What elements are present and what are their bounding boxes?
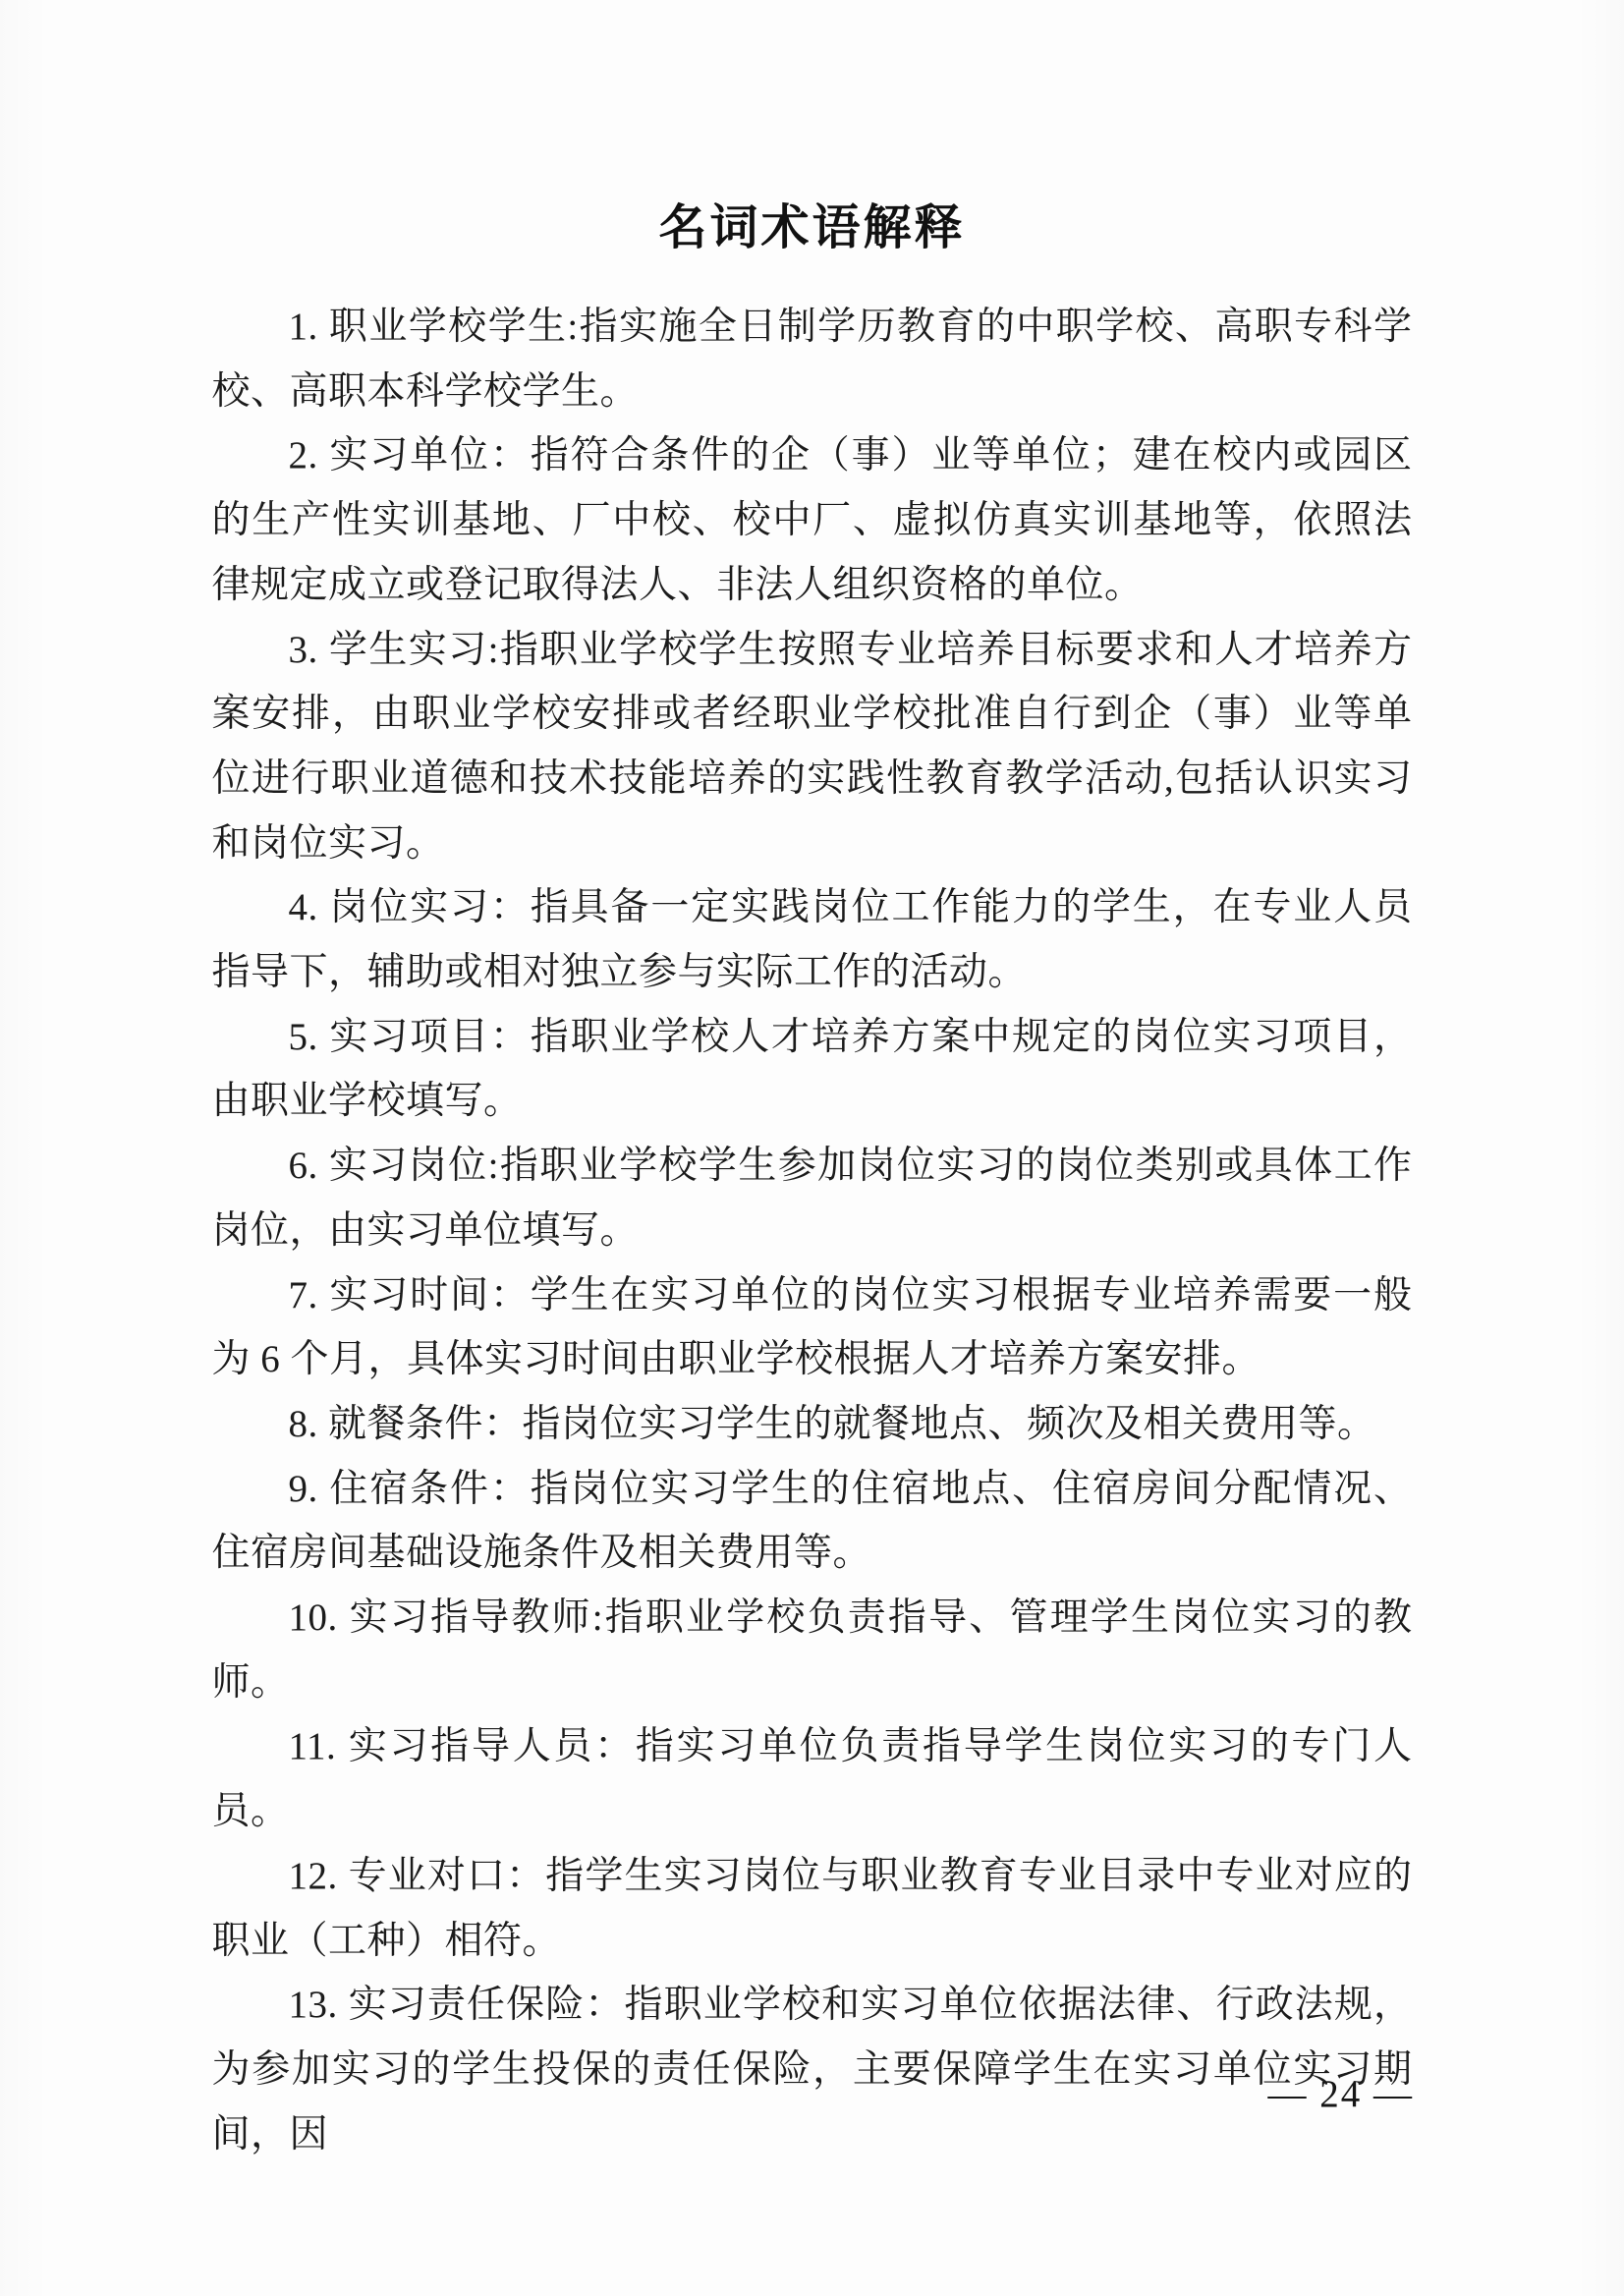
glossary-item-5: 5. 实习项目：指职业学校人才培养方案中规定的岗位实习项目，由职业学校填写。: [212, 1005, 1413, 1134]
glossary-item-10: 10. 实习指导教师:指职业学校负责指导、管理学生岗位实习的教师。: [212, 1586, 1413, 1714]
glossary-item-8: 8. 就餐条件：指岗位实习学生的就餐地点、频次及相关费用等。: [212, 1392, 1413, 1457]
glossary-item-9: 9. 住宿条件：指岗位实习学生的住宿地点、住宿房间分配情况、住宿房间基础设施条件…: [212, 1457, 1413, 1586]
document-page: 名词术语解释 1. 职业学校学生:指实施全日制学历教育的中职学校、高职专科学校、…: [0, 0, 1624, 2296]
glossary-item-2: 2. 实习单位：指符合条件的企（事）业等单位；建在校内或园区的生产性实训基地、厂…: [212, 423, 1413, 617]
glossary-item-12: 12. 专业对口：指学生实习岗位与职业教育专业目录中专业对应的职业（工种）相符。: [212, 1844, 1413, 1973]
glossary-item-7: 7. 实习时间：学生在实习单位的岗位实习根据专业培养需要一般为 6 个月，具体实…: [212, 1263, 1413, 1392]
glossary-body: 1. 职业学校学生:指实施全日制学历教育的中职学校、高职专科学校、高职本科学校学…: [212, 295, 1413, 2166]
glossary-item-11: 11. 实习指导人员：指实习单位负责指导学生岗位实习的专门人员。: [212, 1714, 1413, 1843]
glossary-item-13: 13. 实习责任保险：指职业学校和实习单位依据法律、行政法规，为参加实习的学生投…: [212, 1973, 1413, 2166]
page-number: — 24 —: [1268, 2072, 1415, 2117]
glossary-item-4: 4. 岗位实习：指具备一定实践岗位工作能力的学生，在专业人员指导下，辅助或相对独…: [212, 875, 1413, 1004]
glossary-item-3: 3. 学生实习:指职业学校学生按照专业培养目标要求和人才培养方案安排，由职业学校…: [212, 618, 1413, 876]
glossary-item-6: 6. 实习岗位:指职业学校学生参加岗位实习的岗位类别或具体工作岗位，由实习单位填…: [212, 1134, 1413, 1262]
page-title: 名词术语解释: [0, 0, 1624, 259]
glossary-item-1: 1. 职业学校学生:指实施全日制学历教育的中职学校、高职专科学校、高职本科学校学…: [212, 295, 1413, 423]
